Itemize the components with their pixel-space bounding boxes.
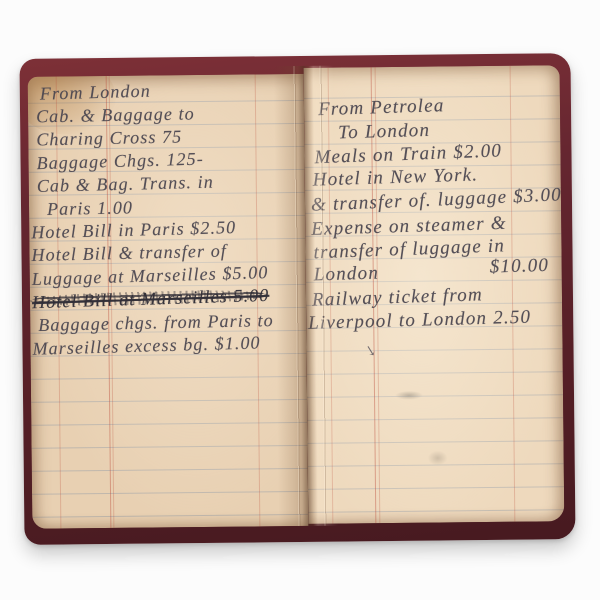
pencil-arrow-mark: ↘ <box>363 342 378 361</box>
handwritten-line: Paris 1.00 <box>47 196 133 220</box>
handwritten-line: From Petrolea <box>318 95 445 121</box>
right-page: From Petrolea To London Meals on Train $… <box>304 65 565 524</box>
handwritten-line: Liverpool to London 2.50 <box>308 307 532 335</box>
pencil-smudge <box>395 391 423 400</box>
handwritten-line: Marseilles excess bg. $1.00 <box>32 331 261 359</box>
handwritten-line: Cab. & Baggage to <box>36 102 195 127</box>
handwritten-line: To London <box>338 120 431 145</box>
pencil-smudge <box>428 450 448 465</box>
notebook-cover: From London Cab. & Baggage to Charing Cr… <box>19 53 575 545</box>
margin-rule-line <box>510 66 516 522</box>
handwritten-line: Charing Cross 75 <box>36 125 182 150</box>
handwritten-line: Baggage Chgs. 125- <box>36 148 204 175</box>
handwritten-line: Railway ticket from <box>312 284 484 311</box>
handwritten-amount: $10.00 <box>489 255 549 279</box>
left-page: From London Cab. & Baggage to Charing Cr… <box>28 74 309 529</box>
handwritten-line: Hotel Bill & transfer of <box>31 240 227 266</box>
photo-of-notebook: From London Cab. & Baggage to Charing Cr… <box>0 0 600 600</box>
handwritten-line: London <box>313 263 379 287</box>
handwritten-line: Cab & Bag. Trans. in <box>37 171 215 197</box>
handwritten-line: Hotel in New York. <box>312 164 478 191</box>
handwritten-line: From London <box>40 80 152 105</box>
